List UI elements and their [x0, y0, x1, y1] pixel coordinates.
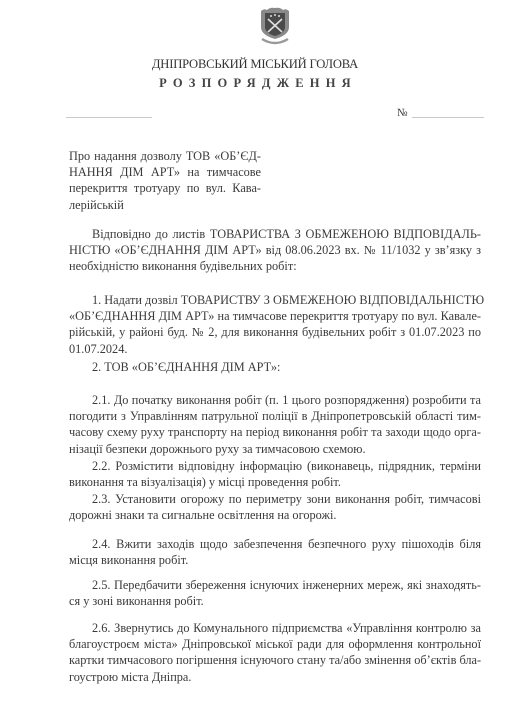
number-blank-line: [412, 117, 484, 118]
item-2-5-paragraph: 2.5. Передбачити збереження існуючих інж…: [69, 577, 481, 609]
document-type-title: РОЗПОРЯДЖЕННЯ: [0, 76, 510, 91]
item-2-3-paragraph: 2.3. Установити огорожу по периметру зон…: [69, 491, 481, 523]
item-2-paragraph: 2. ТОВ «ОБ’ЄДНАННЯ ДІМ АРТ»:: [69, 359, 481, 375]
paragraph-line: ся у зоні виконання робіт.: [69, 593, 481, 609]
paragraph-line: 2.1. До початку виконання робіт (п. 1 ць…: [69, 392, 481, 408]
item-2-6-paragraph: 2.6. Звернутись до Комунального підприєм…: [69, 620, 481, 685]
subject-line: перекриття тротуару по вул. Кава-: [69, 180, 261, 196]
paragraph-line: 2.3. Установити огорожу по периметру зон…: [69, 491, 481, 507]
paragraph-line: Відповідно до листів ТОВАРИСТВА З ОБМЕЖЕ…: [69, 226, 481, 242]
authority-title: ДНІПРОВСЬКИЙ МІСЬКИЙ ГОЛОВА: [0, 57, 510, 72]
paragraph-line: 2. ТОВ «ОБ’ЄДНАННЯ ДІМ АРТ»:: [69, 359, 481, 375]
document-subject: Про надання дозволу ТОВ «ОБ’ЄД- НАННЯ ДІ…: [69, 148, 261, 213]
paragraph-line: місця виконання робіт.: [69, 552, 481, 568]
item-2-1-paragraph: 2.1. До початку виконання робіт (п. 1 ць…: [69, 392, 481, 457]
item-1-paragraph: 1. Надати дозвіл ТОВАРИСТВУ З ОБМЕЖЕНОЮ …: [69, 292, 481, 357]
paragraph-line: рійській, у районі буд. № 2, для виконан…: [69, 324, 481, 340]
item-2-2-paragraph: 2.2. Розмістити відповідну інформацію (в…: [69, 458, 481, 490]
subject-line: НАННЯ ДІМ АРТ» на тимчасове: [69, 164, 261, 180]
date-blank-line: [66, 117, 152, 118]
coat-of-arms-icon: [258, 5, 292, 49]
paragraph-line: 2.5. Передбачити збереження існуючих інж…: [69, 577, 481, 593]
paragraph-line: виконання та візуалізація) у місці прове…: [69, 474, 481, 490]
paragraph-line: «ОБ’ЄДНАННЯ ДІМ АРТ» на тимчасове перекр…: [69, 308, 481, 324]
preamble-paragraph: Відповідно до листів ТОВАРИСТВА З ОБМЕЖЕ…: [69, 226, 481, 275]
paragraph-line: 2.2. Розмістити відповідну інформацію (в…: [69, 458, 481, 474]
paragraph-line: необхідністю виконання будівельних робіт…: [69, 258, 481, 274]
paragraph-line: нізації безпеки дорожнього руху за тимча…: [69, 441, 481, 457]
subject-line: Про надання дозволу ТОВ «ОБ’ЄД-: [69, 148, 261, 164]
paragraph-line: дорожні знаки та сигнальне освітлення на…: [69, 507, 481, 523]
paragraph-line: 2.6. Звернутись до Комунального підприєм…: [69, 620, 481, 636]
paragraph-line: благоустроєм міста» Дніпровської міської…: [69, 636, 481, 652]
paragraph-line: погодити з Управлінням патрульної поліці…: [69, 408, 481, 424]
paragraph-line: гоустрою міста Дніпра.: [69, 669, 481, 685]
number-label: №: [397, 107, 408, 119]
document-page: ДНІПРОВСЬКИЙ МІСЬКИЙ ГОЛОВА РОЗПОРЯДЖЕНН…: [0, 0, 510, 720]
paragraph-line: 1. Надати дозвіл ТОВАРИСТВУ З ОБМЕЖЕНОЮ …: [69, 292, 481, 308]
paragraph-line: часову схему руху транспорту на період в…: [69, 424, 481, 440]
subject-line: лерійській: [69, 197, 261, 213]
item-2-4-paragraph: 2.4. Вжити заходів щодо забезпечення без…: [69, 536, 481, 568]
paragraph-line: НІСТЮ «ОБ’ЄДНАННЯ ДІМ АРТ» від 08.06.202…: [69, 242, 481, 258]
paragraph-line: 01.07.2024.: [69, 341, 481, 357]
paragraph-line: 2.4. Вжити заходів щодо забезпечення без…: [69, 536, 481, 552]
paragraph-line: картки тимчасового погіршення існуючого …: [69, 652, 481, 668]
